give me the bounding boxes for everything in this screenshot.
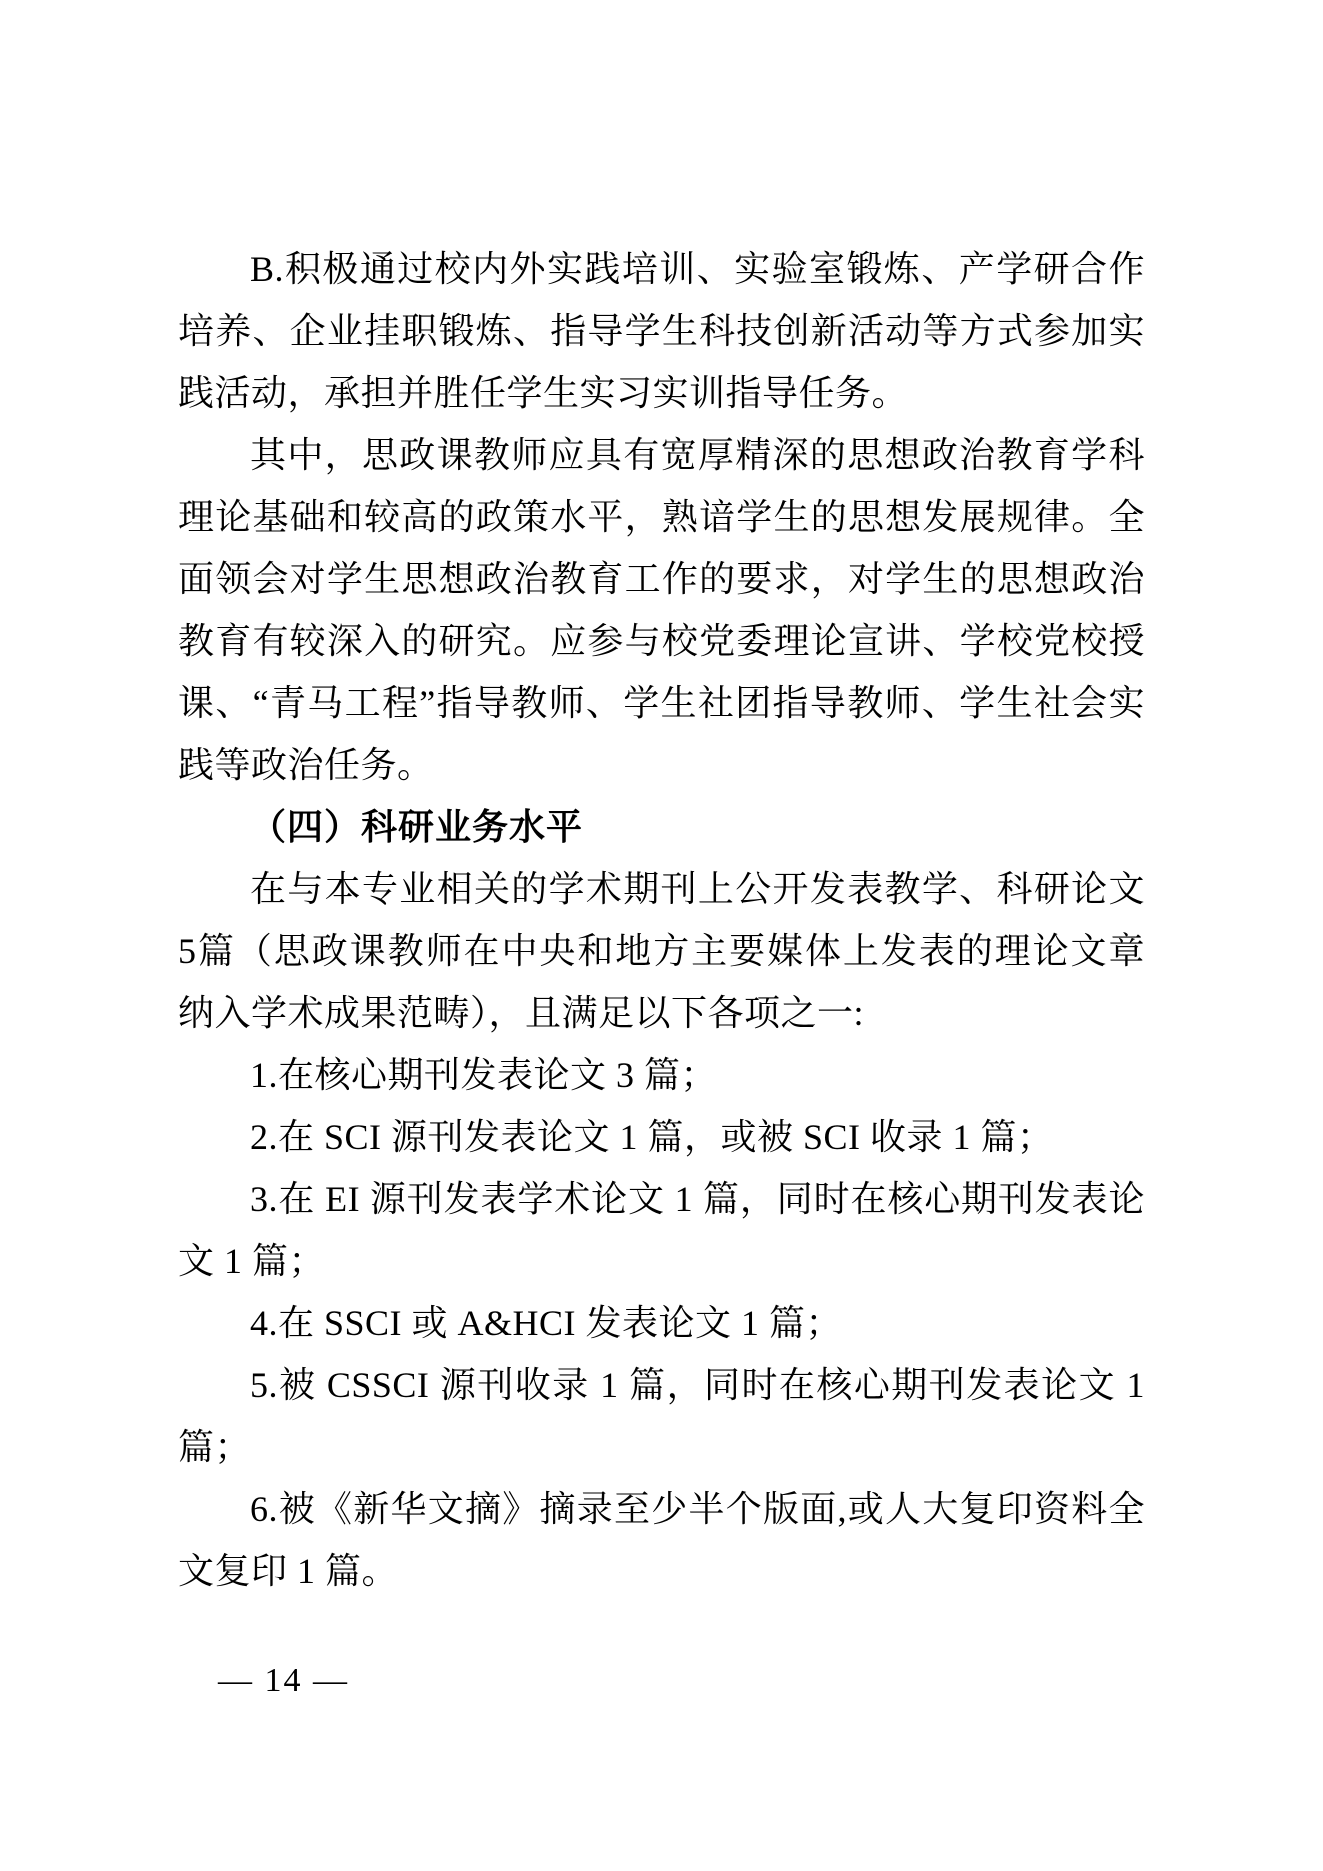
paragraph-practice-training: B.积极通过校内外实践培训、实验室锻炼、产学研合作培养、企业挂职锻炼、指导学生科… [178, 238, 1145, 424]
paragraph-ideology-teacher-requirements: 其中，思政课教师应具有宽厚精深的思想政治教育学科理论基础和较高的政策水平，熟谙学… [178, 424, 1145, 796]
section-heading-research-level: （四）科研业务水平 [178, 796, 1145, 858]
document-body: B.积极通过校内外实践培训、实验室锻炼、产学研合作培养、企业挂职锻炼、指导学生科… [178, 238, 1145, 1602]
list-item-5: 5.被 CSSCI 源刊收录 1 篇，同时在核心期刊发表论文 1 篇； [178, 1354, 1145, 1478]
list-item-4: 4.在 SSCI 或 A&HCI 发表论文 1 篇； [178, 1292, 1145, 1354]
list-item-1: 1.在核心期刊发表论文 3 篇； [178, 1044, 1145, 1106]
page-number: — 14 — [218, 1660, 349, 1702]
paragraph-publication-requirement: 在与本专业相关的学术期刊上公开发表教学、科研论文 5篇（思政课教师在中央和地方主… [178, 858, 1145, 1044]
list-item-6: 6.被《新华文摘》摘录至少半个版面,或人大复印资料全 文复印 1 篇。 [178, 1478, 1145, 1602]
document-page: B.积极通过校内外实践培训、实验室锻炼、产学研合作培养、企业挂职锻炼、指导学生科… [0, 0, 1323, 1871]
list-item-2: 2.在 SCI 源刊发表论文 1 篇，或被 SCI 收录 1 篇； [178, 1106, 1145, 1168]
list-item-3: 3.在 EI 源刊发表学术论文 1 篇，同时在核心期刊发表论文 1 篇； [178, 1168, 1145, 1292]
